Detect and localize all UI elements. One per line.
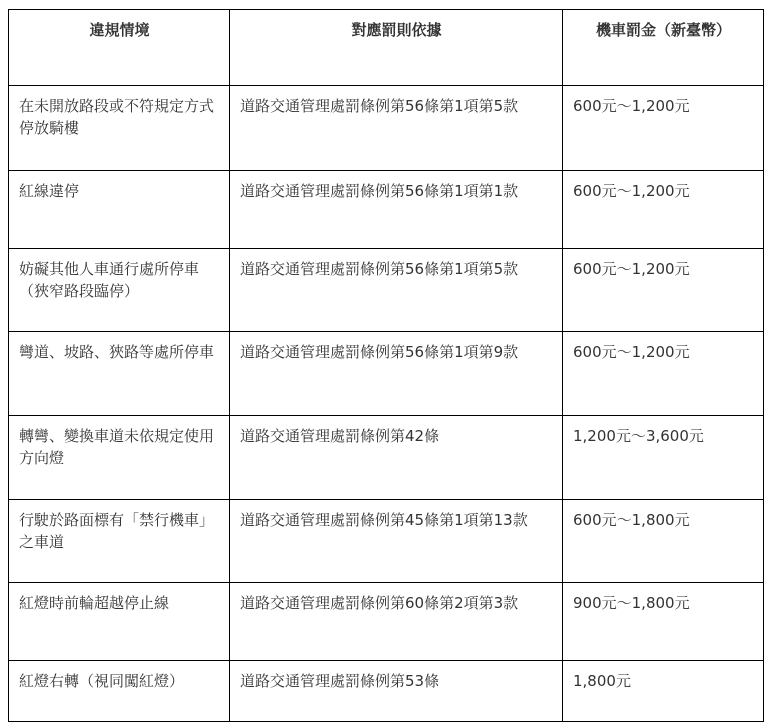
table-row: 紅線違停 道路交通管理處罰條例第56條第1項第1款 600元～1,200元 bbox=[9, 171, 764, 249]
cell-fine-amount: 600元～1,200元 bbox=[563, 171, 764, 249]
table-row: 紅燈右轉（視同闖紅燈） 道路交通管理處罰條例第53條 1,800元 bbox=[9, 661, 764, 722]
table-header-row: 違規情境 對應罰則依據 機車罰金（新臺幣） bbox=[9, 10, 764, 86]
cell-legal-basis: 道路交通管理處罰條例第56條第1項第5款 bbox=[230, 86, 563, 171]
cell-violation: 行駛於路面標有「禁行機車」之車道 bbox=[9, 500, 230, 583]
cell-fine-amount: 1,200元～3,600元 bbox=[563, 416, 764, 500]
table-row: 轉彎、變換車道未依規定使用方向燈 道路交通管理處罰條例第42條 1,200元～3… bbox=[9, 416, 764, 500]
cell-fine-amount: 600元～1,200元 bbox=[563, 332, 764, 416]
cell-fine-amount: 900元～1,800元 bbox=[563, 583, 764, 661]
cell-legal-basis: 道路交通管理處罰條例第56條第1項第1款 bbox=[230, 171, 563, 249]
cell-legal-basis: 道路交通管理處罰條例第60條第2項第3款 bbox=[230, 583, 563, 661]
motorcycle-fines-table: 違規情境 對應罰則依據 機車罰金（新臺幣） 在未開放路段或不符規定方式停放騎樓 … bbox=[8, 9, 764, 722]
cell-violation: 在未開放路段或不符規定方式停放騎樓 bbox=[9, 86, 230, 171]
header-legal-basis: 對應罰則依據 bbox=[230, 10, 563, 86]
cell-violation: 彎道、坡路、狹路等處所停車 bbox=[9, 332, 230, 416]
cell-legal-basis: 道路交通管理處罰條例第56條第1項第9款 bbox=[230, 332, 563, 416]
table-row: 行駛於路面標有「禁行機車」之車道 道路交通管理處罰條例第45條第1項第13款 6… bbox=[9, 500, 764, 583]
header-fine-amount: 機車罰金（新臺幣） bbox=[563, 10, 764, 86]
cell-legal-basis: 道路交通管理處罰條例第56條第1項第5款 bbox=[230, 249, 563, 332]
header-violation: 違規情境 bbox=[9, 10, 230, 86]
table-row: 彎道、坡路、狹路等處所停車 道路交通管理處罰條例第56條第1項第9款 600元～… bbox=[9, 332, 764, 416]
cell-violation: 紅燈時前輪超越停止線 bbox=[9, 583, 230, 661]
table-row: 妨礙其他人車通行處所停車（狹窄路段臨停） 道路交通管理處罰條例第56條第1項第5… bbox=[9, 249, 764, 332]
cell-violation: 妨礙其他人車通行處所停車（狹窄路段臨停） bbox=[9, 249, 230, 332]
table-row: 在未開放路段或不符規定方式停放騎樓 道路交通管理處罰條例第56條第1項第5款 6… bbox=[9, 86, 764, 171]
cell-violation: 轉彎、變換車道未依規定使用方向燈 bbox=[9, 416, 230, 500]
cell-fine-amount: 600元～1,200元 bbox=[563, 249, 764, 332]
cell-fine-amount: 1,800元 bbox=[563, 661, 764, 722]
cell-violation: 紅線違停 bbox=[9, 171, 230, 249]
cell-legal-basis: 道路交通管理處罰條例第45條第1項第13款 bbox=[230, 500, 563, 583]
cell-fine-amount: 600元～1,800元 bbox=[563, 500, 764, 583]
cell-legal-basis: 道路交通管理處罰條例第42條 bbox=[230, 416, 563, 500]
table-row: 紅燈時前輪超越停止線 道路交通管理處罰條例第60條第2項第3款 900元～1,8… bbox=[9, 583, 764, 661]
cell-fine-amount: 600元～1,200元 bbox=[563, 86, 764, 171]
cell-violation: 紅燈右轉（視同闖紅燈） bbox=[9, 661, 230, 722]
cell-legal-basis: 道路交通管理處罰條例第53條 bbox=[230, 661, 563, 722]
